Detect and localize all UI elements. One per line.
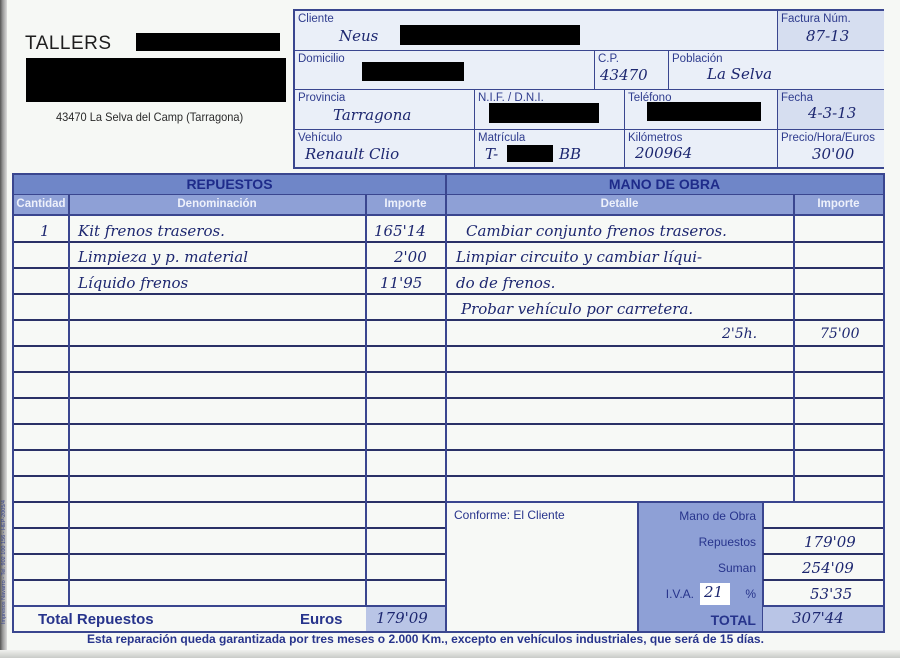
col-header-importe-repuestos: Importe bbox=[366, 195, 445, 214]
redacted-company-name bbox=[136, 33, 280, 51]
field-matricula: Matrícula T- BB bbox=[475, 130, 625, 167]
page-bottom-shadow bbox=[0, 650, 900, 658]
summary-iva-value[interactable]: 53'35 bbox=[810, 585, 852, 603]
repuesto-row-1-denominacion[interactable]: Kit frenos traseros. bbox=[78, 222, 225, 240]
field-factura-num: Factura Núm. 87-13 bbox=[778, 11, 884, 51]
field-precio-hora: Precio/Hora/Euros 30'00 bbox=[778, 130, 884, 167]
cp-label: C.P. bbox=[598, 53, 619, 65]
field-provincia: Provincia Tarragona bbox=[295, 90, 475, 130]
poblacion-value[interactable]: La Selva bbox=[707, 65, 772, 83]
summary-total-label: TOTAL bbox=[711, 612, 756, 628]
guarantee-note: Esta reparación queda garantizada por tr… bbox=[87, 632, 764, 646]
mano-obra-hours[interactable]: 2'5h. bbox=[722, 326, 757, 342]
mano-obra-line-2[interactable]: Limpiar circuito y cambiar líqui- bbox=[456, 248, 702, 266]
redacted-domicilio bbox=[362, 62, 464, 81]
mano-obra-importe[interactable]: 75'00 bbox=[820, 326, 859, 342]
col-header-cantidad: Cantidad bbox=[14, 195, 68, 214]
vehiculo-value[interactable]: Renault Clio bbox=[305, 145, 399, 163]
iva-rate-value[interactable]: 21 bbox=[704, 583, 723, 601]
matricula-prefix[interactable]: T- bbox=[485, 145, 498, 163]
summary-suman-label: Suman bbox=[718, 561, 756, 575]
matricula-label: Matrícula bbox=[478, 132, 525, 144]
summary-total-value[interactable]: 307'44 bbox=[792, 609, 844, 627]
company-address-line2: 43470 La Selva del Camp (Tarragona) bbox=[56, 110, 243, 125]
summary-mano-obra-label: Mano de Obra bbox=[679, 509, 756, 523]
repuesto-row-3-importe[interactable]: 11'95 bbox=[380, 274, 422, 292]
summary-labels-panel: Mano de Obra Repuestos Suman I.V.A. 21 %… bbox=[638, 503, 762, 631]
printer-imprint: Impresos Navarro - Tel. 902 100 156 - HE… bbox=[1, 500, 7, 624]
repuesto-row-2-importe[interactable]: 2'00 bbox=[394, 248, 427, 266]
conforme-cliente-label: Conforme: El Cliente bbox=[454, 508, 565, 522]
field-cp: C.P. 43470 bbox=[595, 51, 669, 90]
precio-hora-value[interactable]: 30'00 bbox=[812, 145, 854, 163]
precio-hora-label: Precio/Hora/Euros bbox=[781, 132, 875, 144]
total-repuestos-label: Total Repuestos bbox=[38, 611, 154, 628]
mano-obra-line-3[interactable]: do de frenos. bbox=[456, 274, 555, 292]
field-vehiculo: Vehículo Renault Clio bbox=[295, 130, 475, 167]
col-header-detalle: Detalle bbox=[446, 195, 793, 214]
summary-iva-label: I.V.A. bbox=[666, 587, 694, 601]
redacted-nif bbox=[489, 103, 599, 123]
domicilio-label: Domicilio bbox=[298, 53, 345, 65]
provincia-label: Provincia bbox=[298, 92, 345, 104]
repuestos-title: REPUESTOS bbox=[14, 175, 445, 194]
summary-suman-value[interactable]: 254'09 bbox=[802, 559, 854, 577]
kilometros-label: Kilómetros bbox=[628, 132, 682, 144]
col-header-importe-mano-obra: Importe bbox=[794, 195, 883, 214]
mano-obra-line-4[interactable]: Probar vehículo por carretera. bbox=[461, 300, 693, 318]
provincia-value[interactable]: Tarragona bbox=[333, 106, 411, 124]
field-fecha: Fecha 4-3-13 bbox=[778, 90, 884, 130]
factura-num-value[interactable]: 87-13 bbox=[806, 27, 849, 45]
company-address: C/ Joan Domingo, 5 - Tel. 84 40 84 43470… bbox=[56, 98, 243, 125]
kilometros-value[interactable]: 200964 bbox=[635, 144, 692, 162]
client-info-box: Cliente Neus Factura Núm. 87-13 Domicili… bbox=[293, 9, 884, 169]
poblacion-label: Población bbox=[672, 53, 723, 65]
cliente-value[interactable]: Neus bbox=[339, 27, 378, 45]
vehiculo-label: Vehículo bbox=[298, 132, 342, 144]
mano-obra-line-1[interactable]: Cambiar conjunto frenos traseros. bbox=[466, 222, 727, 240]
company-name: TALLERS bbox=[25, 33, 112, 55]
field-cliente: Cliente Neus bbox=[295, 11, 778, 51]
field-telefono: Teléfono bbox=[625, 90, 778, 130]
field-domicilio: Domicilio bbox=[295, 51, 595, 90]
factura-num-label: Factura Núm. bbox=[781, 13, 851, 25]
iva-percent-sign: % bbox=[745, 587, 756, 601]
redacted-matricula bbox=[507, 145, 553, 162]
redacted-client-surname bbox=[400, 25, 580, 45]
euros-label: Euros bbox=[300, 611, 343, 628]
field-nif-dni: N.I.F. / D.N.I. bbox=[475, 90, 625, 130]
invoice-table: REPUESTOS MANO DE OBRA Cantidad Denomina… bbox=[12, 173, 885, 633]
redacted-telefono bbox=[647, 102, 761, 121]
field-poblacion: Población La Selva bbox=[669, 51, 884, 90]
repuesto-row-2-denominacion[interactable]: Limpieza y p. material bbox=[78, 248, 248, 266]
cliente-label: Cliente bbox=[298, 13, 334, 25]
field-kilometros: Kilómetros 200964 bbox=[625, 130, 778, 167]
fecha-value[interactable]: 4-3-13 bbox=[808, 104, 856, 122]
summary-repuestos-label: Repuestos bbox=[699, 535, 756, 549]
repuesto-row-3-denominacion[interactable]: Líquido frenos bbox=[78, 274, 188, 292]
total-repuestos-value[interactable]: 179'09 bbox=[376, 609, 428, 627]
matricula-suffix[interactable]: BB bbox=[559, 145, 581, 163]
cp-value[interactable]: 43470 bbox=[600, 66, 648, 84]
redacted-company-details bbox=[26, 58, 286, 102]
col-header-denominacion: Denominación bbox=[69, 195, 365, 214]
fecha-label: Fecha bbox=[781, 92, 813, 104]
summary-repuestos-value[interactable]: 179'09 bbox=[804, 533, 856, 551]
mano-de-obra-title: MANO DE OBRA bbox=[446, 175, 883, 194]
repuesto-row-1-importe[interactable]: 165'14 bbox=[374, 222, 426, 240]
repuesto-row-1-cantidad[interactable]: 1 bbox=[40, 222, 50, 240]
